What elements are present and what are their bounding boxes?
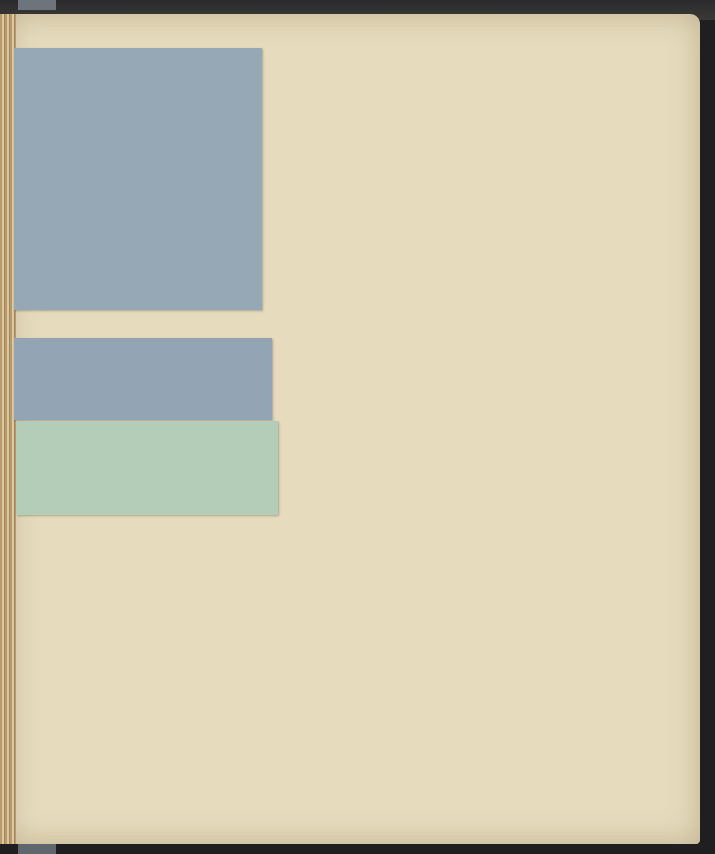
directory-clipping-1 bbox=[14, 48, 262, 310]
directory-clipping-2 bbox=[14, 338, 272, 420]
typed-slip bbox=[16, 421, 278, 515]
